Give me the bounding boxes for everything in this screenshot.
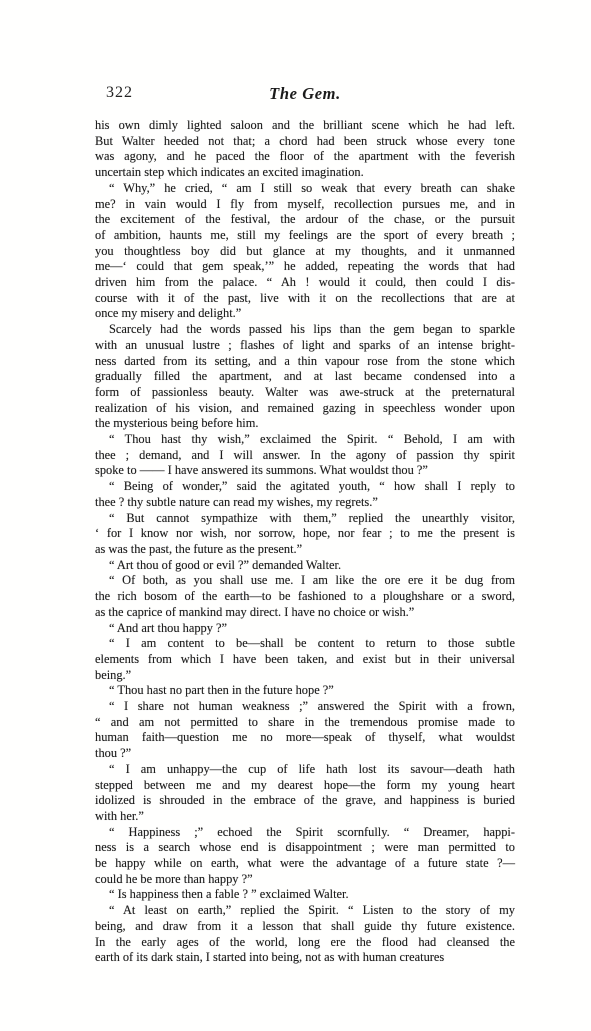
text-line: be happy while on earth, what were the a… (95, 856, 515, 872)
text-line: course with it of the past, live with it… (95, 291, 515, 307)
text-line: idolized is shrouded in the embrace of t… (95, 793, 515, 809)
text-line: driven him from the palace. “ Ah ! would… (95, 275, 515, 291)
text-line: “ Happiness ;” echoed the Spirit scornfu… (95, 825, 515, 841)
text-column: 322 The Gem. his own dimly lighted saloo… (95, 84, 515, 966)
page-body: his own dimly lighted saloon and the bri… (95, 118, 515, 966)
text-line: ness is a search whose end is disappoint… (95, 840, 515, 856)
text-line: “ Thou hast thy wish,” exclaimed the Spi… (95, 432, 515, 448)
paragraph: “ And art thou happy ?” (95, 621, 515, 637)
text-line: of ambition, haunts me, still my feeling… (95, 228, 515, 244)
text-line: ness darted from its setting, and a thin… (95, 354, 515, 370)
paragraph: his own dimly lighted saloon and the bri… (95, 118, 515, 181)
paragraph: “ Why,” he cried, “ am I still so weak t… (95, 181, 515, 322)
paragraph: “ Happiness ;” echoed the Spirit scornfu… (95, 825, 515, 888)
text-line: human faith—question me no more—speak of… (95, 730, 515, 746)
paragraph: “ Thou hast thy wish,” exclaimed the Spi… (95, 432, 515, 479)
paragraph: “ Being of wonder,” said the agitated yo… (95, 479, 515, 510)
text-line: elements from which I have been taken, a… (95, 652, 515, 668)
text-line: Scarcely had the words passed his lips t… (95, 322, 515, 338)
text-line: “ Being of wonder,” said the agitated yo… (95, 479, 515, 495)
text-line: “ Is happiness then a fable ? ” exclaime… (95, 887, 515, 903)
text-line: “ At least on earth,” replied the Spirit… (95, 903, 515, 919)
paragraph: “ I am content to be—shall be content to… (95, 636, 515, 683)
text-line: “ And art thou happy ?” (95, 621, 515, 637)
text-line: once my misery and delight.” (95, 306, 515, 322)
text-line: uncertain step which indicates an excite… (95, 165, 515, 181)
text-line: as was the past, the future as the prese… (95, 542, 515, 558)
text-line: In the early ages of the world, long ere… (95, 935, 515, 951)
paragraph: “ But cannot sympathize with them,” repl… (95, 511, 515, 558)
text-line: the mysterious being before him. (95, 416, 515, 432)
text-line: realization of his vision, and remained … (95, 401, 515, 417)
paragraph: “ I share not human weakness ;” answered… (95, 699, 515, 762)
text-line: as the caprice of mankind may direct. I … (95, 605, 515, 621)
text-line: “ and am not permitted to share in the t… (95, 715, 515, 731)
text-line: could he be more than happy ?” (95, 872, 515, 888)
text-line: gradually filled the apartment, and at l… (95, 369, 515, 385)
text-line: “ I share not human weakness ;” answered… (95, 699, 515, 715)
text-line: spoke to —— I have answered its summons.… (95, 463, 515, 479)
text-line: “ Of both, as you shall use me. I am lik… (95, 573, 515, 589)
text-line: his own dimly lighted saloon and the bri… (95, 118, 515, 134)
text-line: “ I am content to be—shall be content to… (95, 636, 515, 652)
text-line: the excitement of the festival, the ardo… (95, 212, 515, 228)
paragraph: “ Thou hast no part then in the future h… (95, 683, 515, 699)
text-line: “ But cannot sympathize with them,” repl… (95, 511, 515, 527)
text-line: form of passionless beauty. Walter was a… (95, 385, 515, 401)
paragraph: “ Art thou of good or evil ?” demanded W… (95, 558, 515, 574)
text-line: thee ? thy subtle nature can read my wis… (95, 495, 515, 511)
text-line: ‘ for I know nor wish, nor sorrow, hope,… (95, 526, 515, 542)
paragraph: “ Is happiness then a fable ? ” exclaime… (95, 887, 515, 903)
text-line: thee ; demand, and I will answer. In the… (95, 448, 515, 464)
text-line: “ Art thou of good or evil ?” demanded W… (95, 558, 515, 574)
text-line: you thoughtless boy did but glance at my… (95, 244, 515, 260)
text-line: the rich bosom of the earth—to be fashio… (95, 589, 515, 605)
text-line: thou ?” (95, 746, 515, 762)
text-line: with an unusual lustre ; flashes of ligh… (95, 338, 515, 354)
text-line: “ Why,” he cried, “ am I still so weak t… (95, 181, 515, 197)
text-line: “ Thou hast no part then in the future h… (95, 683, 515, 699)
paragraph: “ At least on earth,” replied the Spirit… (95, 903, 515, 966)
text-line: was agony, and he paced the floor of the… (95, 149, 515, 165)
page-header: 322 The Gem. (95, 84, 515, 108)
text-line: stepped between me and my dearest hope—t… (95, 778, 515, 794)
text-line: being, and draw from it a lesson that sh… (95, 919, 515, 935)
text-line: “ I am unhappy—the cup of life hath lost… (95, 762, 515, 778)
book-page-scan: 322 The Gem. his own dimly lighted saloo… (0, 0, 591, 1031)
text-line: me—‘ could that gem speak,’” he added, r… (95, 259, 515, 275)
text-line: But Walter heeded not that; a chord had … (95, 134, 515, 150)
text-line: me? in vain would I fly from myself, rec… (95, 197, 515, 213)
text-line: with her.” (95, 809, 515, 825)
text-line: being.” (95, 668, 515, 684)
paragraph: “ I am unhappy—the cup of life hath lost… (95, 762, 515, 825)
text-line: earth of its dark stain, I started into … (95, 950, 515, 966)
running-title: The Gem. (95, 84, 515, 104)
paragraph: “ Of both, as you shall use me. I am lik… (95, 573, 515, 620)
paragraph: Scarcely had the words passed his lips t… (95, 322, 515, 432)
